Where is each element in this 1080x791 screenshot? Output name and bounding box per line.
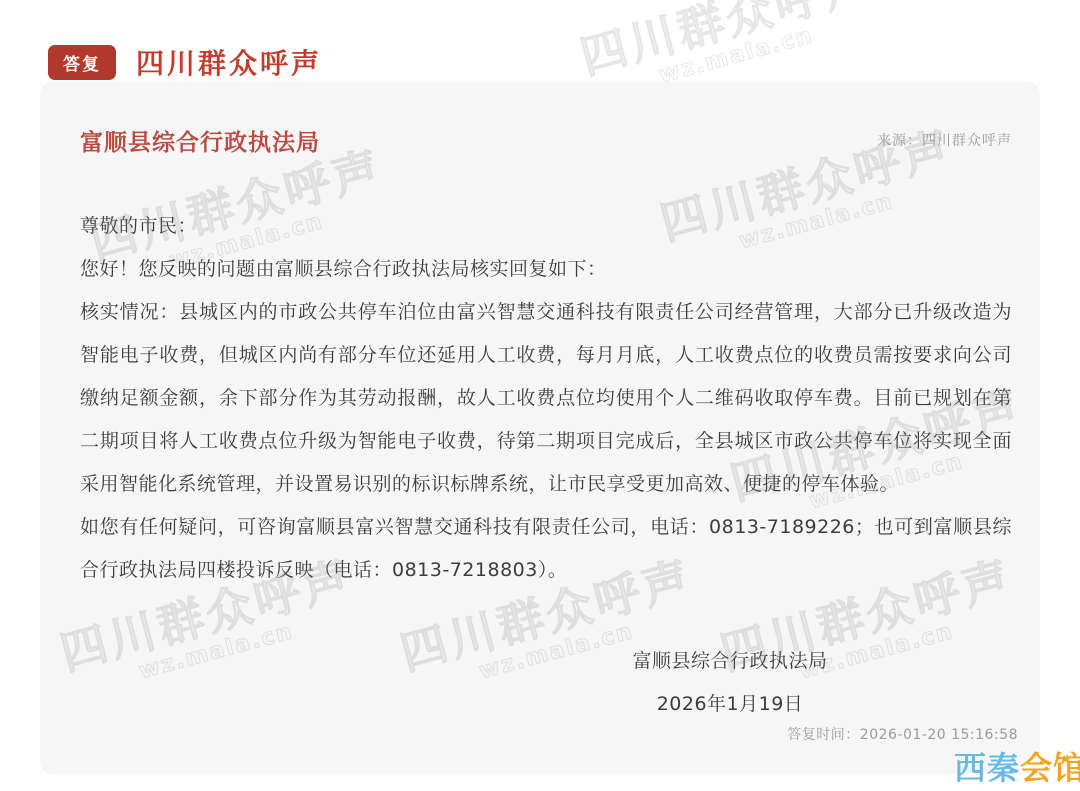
site-corner-mark-blue: 西秦: [954, 749, 1020, 787]
body-paragraph-1: 核实情况：县城区内的市政公共停车泊位由富兴智慧交通科技有限责任公司经营管理，大部…: [80, 291, 1012, 506]
reply-type-badge: 答复: [48, 45, 116, 80]
agency-title: 富顺县综合行政执法局: [80, 124, 320, 157]
signature-agency: 富顺县综合行政执法局: [580, 640, 880, 683]
reply-timestamp: 答复时间：2026-01-20 15:16:58: [787, 724, 1018, 744]
letter-body: 尊敬的市民： 您好！您反映的问题由富顺县综合行政执法局核实回复如下： 核实情况：…: [80, 205, 1012, 592]
site-corner-mark: 西秦会馆: [954, 743, 1080, 789]
signature-date: 2026年1月19日: [580, 683, 880, 726]
salutation: 尊敬的市民：: [80, 205, 1012, 248]
brand-logo: 四川群众呼声: [136, 42, 322, 82]
body-paragraph-2: 如您有任何疑问，可咨询富顺县富兴智慧交通科技有限责任公司，电话：0813-718…: [80, 506, 1012, 592]
site-corner-mark-orange: 会馆: [1020, 749, 1080, 787]
intro-line: 您好！您反映的问题由富顺县综合行政执法局核实回复如下：: [80, 248, 1012, 291]
reply-card: 富顺县综合行政执法局 来源：四川群众呼声 尊敬的市民： 您好！您反映的问题由富顺…: [40, 82, 1040, 774]
topbar: 答复 四川群众呼声: [48, 42, 322, 82]
card-header: 富顺县综合行政执法局 来源：四川群众呼声: [80, 122, 1012, 157]
signature-block: 富顺县综合行政执法局 2026年1月19日: [580, 640, 880, 726]
source-label: 来源：四川群众呼声: [877, 130, 1012, 150]
